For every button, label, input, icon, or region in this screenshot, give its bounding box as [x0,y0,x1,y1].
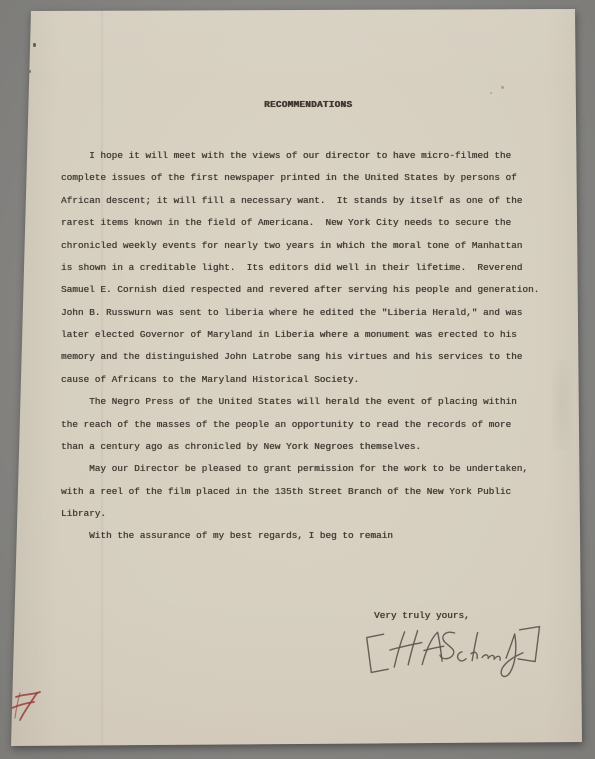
ink-speck [33,43,36,47]
signature-stroke [482,655,500,661]
scanner-background: RECOMMENDATIONS I hope it will meet with… [0,0,595,759]
signature-stroke [458,652,467,661]
red-mark-stroke [20,693,37,720]
signature-stroke [394,632,406,667]
signature-stroke [500,634,523,677]
document-body: I hope it will meet with the views of ou… [61,145,539,548]
signature [359,621,548,686]
signature-stroke [408,631,419,665]
signature-right-bracket [518,627,541,662]
document-title: RECOMMENDATIONS [264,98,352,112]
ink-speck [28,70,31,73]
paper-speck [490,92,492,94]
red-pencil-mark [10,688,44,724]
signature-stroke [390,643,422,651]
paper-smudge [552,360,572,450]
paper-speck [501,86,504,89]
signature-left-bracket [367,634,389,672]
paper-shadow: RECOMMENDATIONS I hope it will meet with… [0,0,595,759]
document-page: RECOMMENDATIONS I hope it will meet with… [0,0,595,759]
red-mark-stroke [12,702,34,708]
